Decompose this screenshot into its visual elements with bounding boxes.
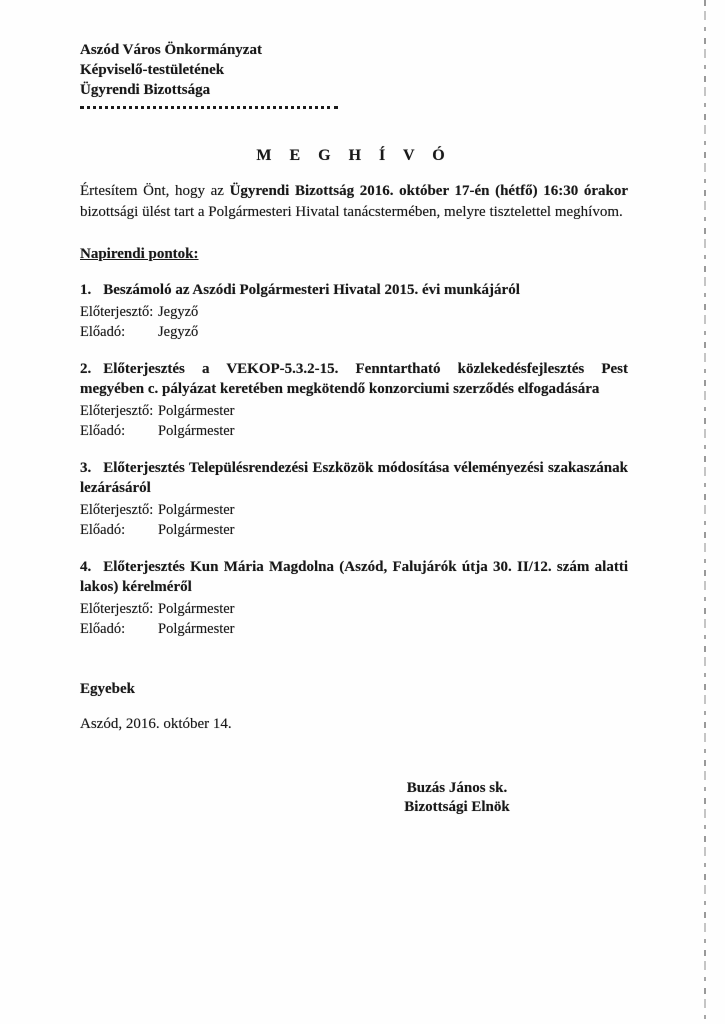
proposer-row: Előterjesztő:Polgármester <box>80 501 628 520</box>
presenter-row: Előadó:Polgármester <box>80 422 628 441</box>
agenda-item-2: 2.Előterjesztés a VEKOP-5.3.2-15. Fennta… <box>80 359 628 441</box>
other-business-heading: Egyebek <box>80 681 628 698</box>
signatory-role: Bizottsági Elnök <box>392 798 522 817</box>
agenda-item-4: 4.Előterjesztés Kun Mária Magdolna (Aszó… <box>80 557 628 639</box>
proposer-label: Előterjesztő: <box>80 402 158 421</box>
document-title: M E G H Í V Ó <box>80 147 628 165</box>
proposer-label: Előterjesztő: <box>80 501 158 520</box>
proposer-row: Előterjesztő:Polgármester <box>80 600 628 619</box>
agenda-item-number: 2. <box>80 359 91 379</box>
agenda-item-text: Előterjesztés Településrendezési Eszközö… <box>80 460 628 496</box>
proposer-label: Előterjesztő: <box>80 303 158 322</box>
presenter-label: Előadó: <box>80 521 158 540</box>
presenter-value: Polgármester <box>158 621 235 637</box>
org-committee: Ügyrendi Bizottsága <box>80 80 628 100</box>
agenda-item-1: 1.Beszámoló az Aszódi Polgármesteri Hiva… <box>80 280 628 342</box>
intro-bold-datetime: Ügyrendi Bizottság 2016. október 17-én (… <box>230 183 628 199</box>
proposer-value: Polgármester <box>158 502 235 518</box>
proposer-value: Jegyző <box>158 304 198 320</box>
presenter-row: Előadó:Polgármester <box>80 620 628 639</box>
presenter-value: Polgármester <box>158 522 235 538</box>
agenda-heading: Napirendi pontok: <box>80 246 628 263</box>
signature-block: Buzás János sk. Bizottsági Elnök <box>392 779 522 817</box>
agenda-item-title: 2.Előterjesztés a VEKOP-5.3.2-15. Fennta… <box>80 359 628 399</box>
presenter-value: Jegyző <box>158 324 198 340</box>
agenda-item-number: 3. <box>80 458 91 478</box>
dateline: Aszód, 2016. október 14. <box>80 716 628 733</box>
document-content: Aszód Város Önkormányzat Képviselő-testü… <box>80 40 628 817</box>
proposer-value: Polgármester <box>158 403 235 419</box>
dotted-separator <box>80 106 338 109</box>
presenter-label: Előadó: <box>80 323 158 342</box>
agenda-item-text: Előterjesztés a VEKOP-5.3.2-15. Fenntart… <box>80 361 628 397</box>
agenda-item-title: 1.Beszámoló az Aszódi Polgármesteri Hiva… <box>80 280 628 300</box>
presenter-label: Előadó: <box>80 422 158 441</box>
org-body: Képviselő-testületének <box>80 60 628 80</box>
proposer-label: Előterjesztő: <box>80 600 158 619</box>
presenter-row: Előadó:Jegyző <box>80 323 628 342</box>
agenda-item-number: 4. <box>80 557 91 577</box>
proposer-row: Előterjesztő:Jegyző <box>80 303 628 322</box>
scan-artifact-line <box>704 0 706 1024</box>
agenda-item-title: 4.Előterjesztés Kun Mária Magdolna (Aszó… <box>80 557 628 597</box>
agenda-item-title: 3.Előterjesztés Településrendezési Eszkö… <box>80 458 628 498</box>
intro-post: bizottsági ülést tart a Polgármesteri Hi… <box>80 204 623 220</box>
presenter-row: Előadó:Polgármester <box>80 521 628 540</box>
presenter-value: Polgármester <box>158 423 235 439</box>
scanned-document-page: Aszód Város Önkormányzat Képviselő-testü… <box>0 0 725 1024</box>
org-header: Aszód Város Önkormányzat Képviselő-testü… <box>80 40 628 100</box>
proposer-row: Előterjesztő:Polgármester <box>80 402 628 421</box>
org-name: Aszód Város Önkormányzat <box>80 40 628 60</box>
agenda-item-3: 3.Előterjesztés Településrendezési Eszkö… <box>80 458 628 540</box>
invitation-paragraph: Értesítem Önt, hogy az Ügyrendi Bizottsá… <box>80 181 628 223</box>
intro-pre: Értesítem Önt, hogy az <box>80 183 230 199</box>
agenda-item-text: Beszámoló az Aszódi Polgármesteri Hivata… <box>103 282 520 298</box>
agenda-item-number: 1. <box>80 280 91 300</box>
presenter-label: Előadó: <box>80 620 158 639</box>
signatory-name: Buzás János sk. <box>392 779 522 798</box>
proposer-value: Polgármester <box>158 601 235 617</box>
agenda-item-text: Előterjesztés Kun Mária Magdolna (Aszód,… <box>80 559 628 595</box>
